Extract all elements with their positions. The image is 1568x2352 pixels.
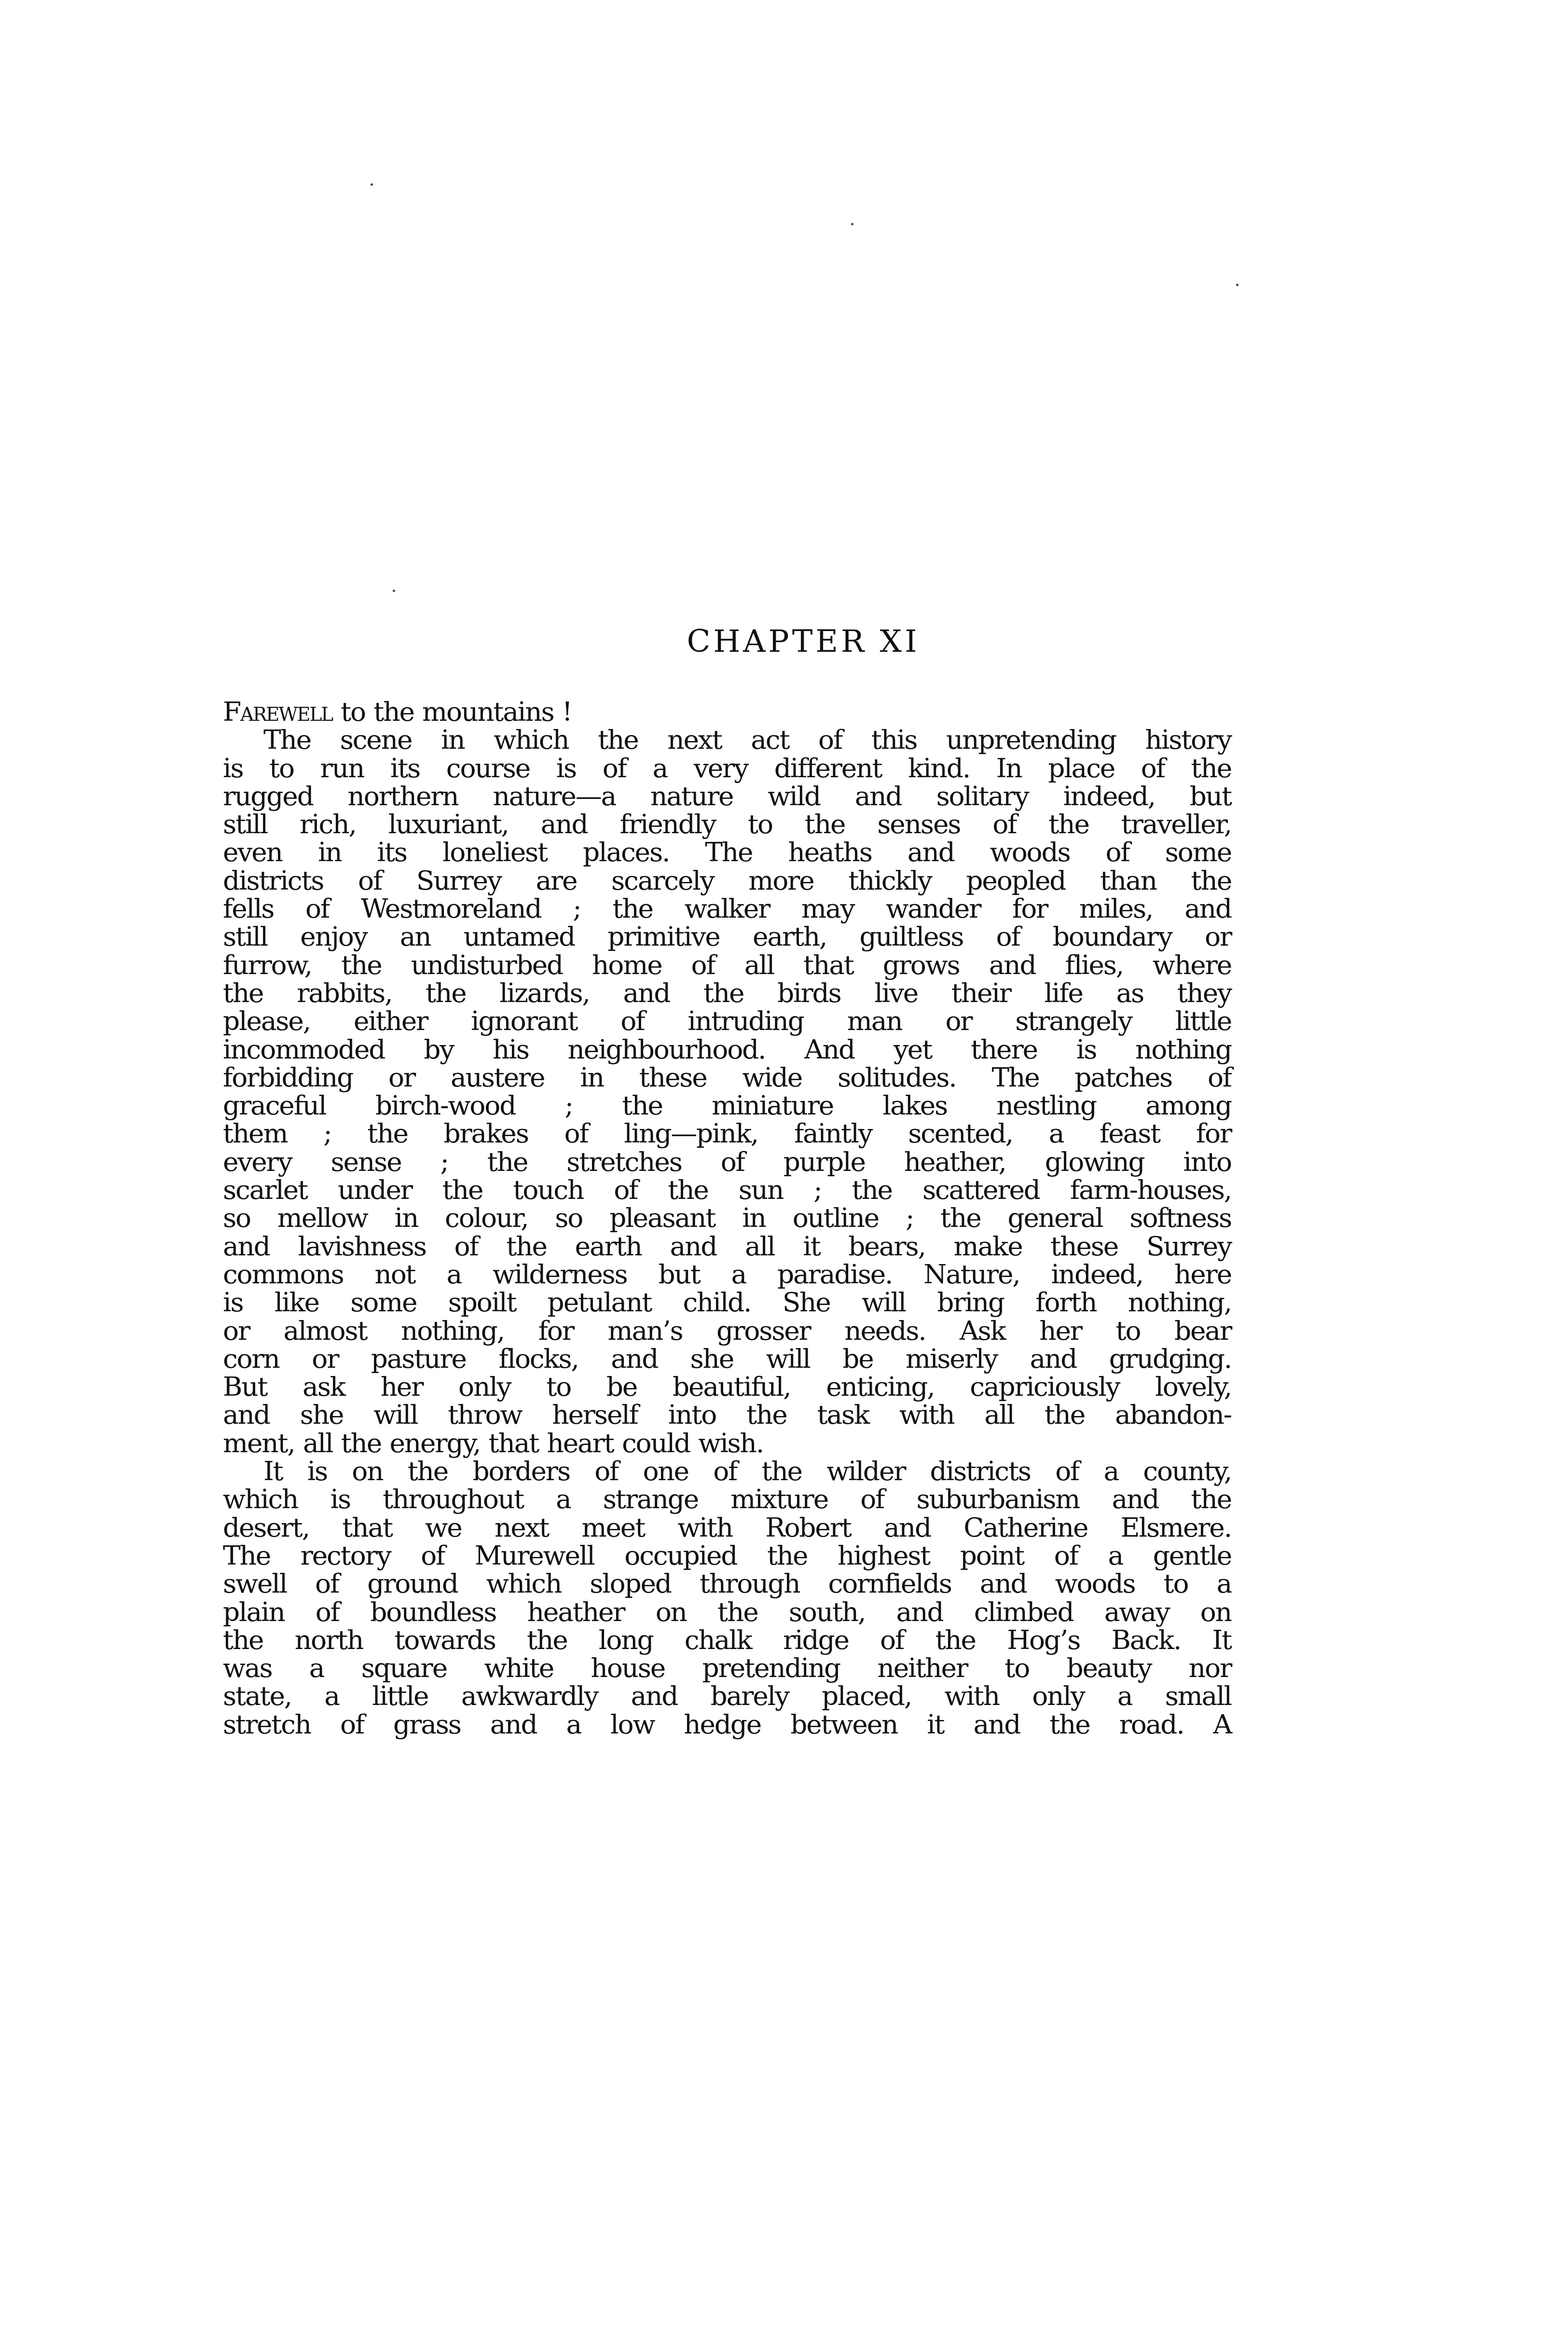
chapter-heading: CHAPTER XI xyxy=(0,622,1568,661)
text-line: commons not a wilderness but a paradise.… xyxy=(223,1260,1231,1288)
text-line: incommoded by his neighbourhood. And yet… xyxy=(223,1035,1231,1063)
text-line: was a square white house pretending neit… xyxy=(223,1654,1231,1682)
opening-rest: to the mountains ! xyxy=(332,696,572,727)
text-line: furrow, the undisturbed home of all that… xyxy=(223,951,1231,979)
text-line: graceful birch-wood ; the miniature lake… xyxy=(223,1091,1231,1119)
text-line: still enjoy an untamed primitive earth, … xyxy=(223,922,1231,950)
text-line: stretch of grass and a low hedge between… xyxy=(223,1710,1231,1738)
scan-speck xyxy=(1236,284,1238,286)
text-line: is to run its course is of a very differ… xyxy=(223,754,1231,782)
scan-speck xyxy=(851,223,853,225)
scan-speck xyxy=(393,590,395,592)
text-line: plain of boundless heather on the south,… xyxy=(223,1598,1231,1626)
text-line: so mellow in colour, so pleasant in outl… xyxy=(223,1204,1231,1232)
text-line: ment, all the energy, that heart could w… xyxy=(223,1429,1231,1457)
text-line: scarlet under the touch of the sun ; the… xyxy=(223,1176,1231,1204)
text-line: please, either ignorant of intruding man… xyxy=(223,1007,1231,1035)
text-line: The scene in which the next act of this … xyxy=(223,726,1231,754)
text-line: rugged northern nature—a nature wild and… xyxy=(223,782,1231,810)
text-line: It is on the borders of one of the wilde… xyxy=(223,1457,1231,1485)
text-line: fells of Westmoreland ; the walker may w… xyxy=(223,894,1231,922)
scan-speck xyxy=(371,183,373,186)
text-line: the north towards the long chalk ridge o… xyxy=(223,1626,1231,1654)
text-line: districts of Surrey are scarcely more th… xyxy=(223,867,1231,894)
text-line: corn or pasture flocks, and she will be … xyxy=(223,1345,1231,1373)
text-line: even in its loneliest places. The heaths… xyxy=(223,838,1231,866)
text-line: them ; the brakes of ling—pink, faintly … xyxy=(223,1119,1231,1147)
opening-line: Farewell to the mountains ! xyxy=(223,698,1231,726)
text-line: and lavishness of the earth and all it b… xyxy=(223,1232,1231,1260)
text-line: or almost nothing, for man’s grosser nee… xyxy=(223,1317,1231,1345)
paragraphs: The scene in which the next act of this … xyxy=(223,726,1231,1738)
text-line: desert, that we next meet with Robert an… xyxy=(223,1513,1231,1541)
text-line: forbidding or austere in these wide soli… xyxy=(223,1063,1231,1091)
text-line: still rich, luxuriant, and friendly to t… xyxy=(223,810,1231,838)
text-line: swell of ground which sloped through cor… xyxy=(223,1569,1231,1597)
text-line: which is throughout a strange mixture of… xyxy=(223,1485,1231,1513)
text-line: But ask her only to be beautiful, entici… xyxy=(223,1373,1231,1401)
text-line: the rabbits, the lizards, and the birds … xyxy=(223,979,1231,1007)
text-line: and she will throw herself into the task… xyxy=(223,1401,1231,1429)
book-page: CHAPTER XI Farewell to the mountains ! T… xyxy=(0,0,1568,2352)
chapter-body: Farewell to the mountains ! The scene in… xyxy=(223,698,1231,1738)
text-line: state, a little awkwardly and barely pla… xyxy=(223,1682,1231,1710)
text-line: every sense ; the stretches of purple he… xyxy=(223,1148,1231,1176)
opening-small-caps: Farewell xyxy=(223,696,332,727)
text-line: is like some spoilt petulant child. She … xyxy=(223,1288,1231,1316)
text-line: The rectory of Murewell occupied the hig… xyxy=(223,1541,1231,1569)
